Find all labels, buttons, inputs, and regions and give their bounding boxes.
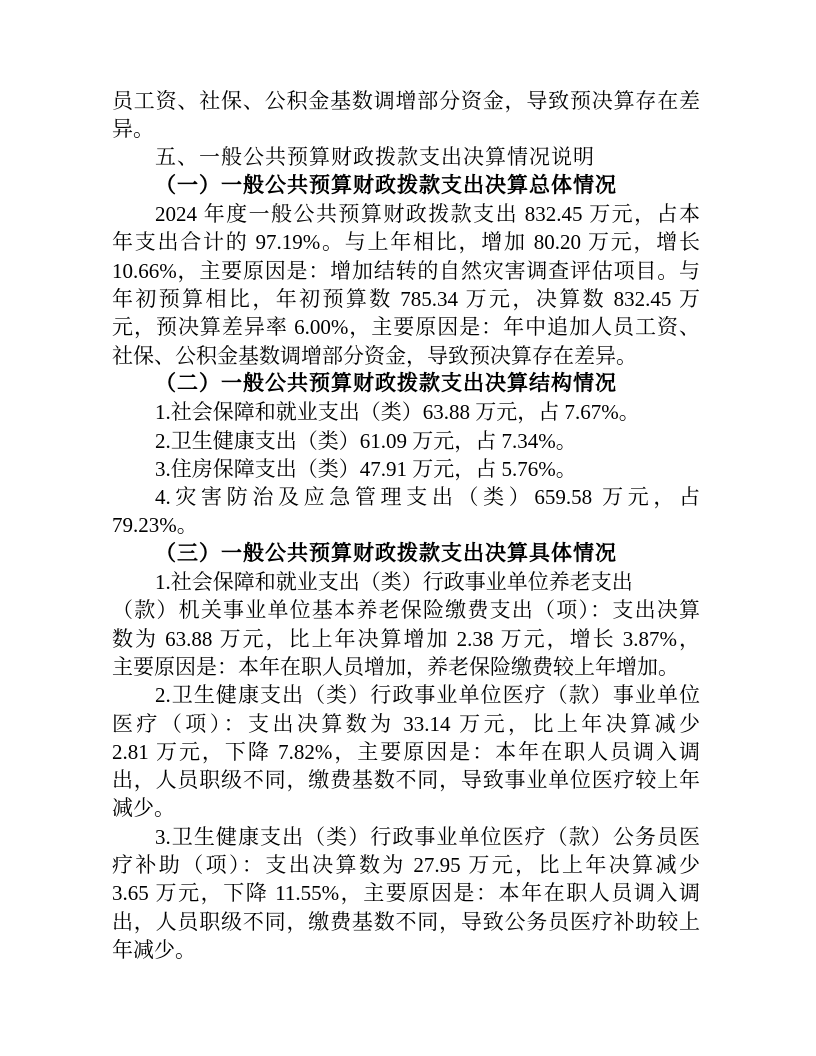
body-line: 出，人员职级不同，缴费基数不同，导致事业单位医疗较上年 [112,766,700,794]
heading-subsection-one: （一）一般公共预算财政拨款支出决算总体情况 [112,172,700,200]
list-item-social-security: 1.社会保障和就业支出（类）63.88 万元，占 7.67%。 [112,398,700,426]
list-item-disaster: 4.灾害防治及应急管理支出（类）659.58 万元，占 [112,483,700,511]
body-line: 年初预算相比，年初预算数 785.34 万元，决算数 832.45 万 [112,285,700,313]
body-line: （款）机关事业单位基本养老保险缴费支出（项）：支出决算 [112,596,700,624]
body-line: 社保、公积金基数调增部分资金，导致预决算存在差异。 [112,342,700,370]
heading-section-five: 五、一般公共预算财政拨款支出决算情况说明 [112,144,700,172]
list-item-disaster-cont: 79.23%。 [112,511,700,539]
body-line: 医疗（项）：支出决算数为 33.14 万元，比上年决算减少 [112,710,700,738]
body-line: 主要原因是：本年在职人员增加，养老保险缴费较上年增加。 [112,653,700,681]
body-line: 2024 年度一般公共预算财政拨款支出 832.45 万元，占本 [112,200,700,228]
body-line: 疗补助（项）：支出决算数为 27.95 万元，比上年决算减少 [112,851,700,879]
body-line: 3.65 万元，下降 11.55%，主要原因是：本年在职人员调入调 [112,879,700,907]
list-item-health: 2.卫生健康支出（类）61.09 万元，占 7.34%。 [112,427,700,455]
body-line: 1.社会保障和就业支出（类）行政事业单位养老支出 [112,568,700,596]
body-line: 年减少。 [112,936,700,964]
body-line: 2.81 万元，下降 7.82%，主要原因是：本年在职人员调入调 [112,738,700,766]
body-line: 2.卫生健康支出（类）行政事业单位医疗（款）事业单位 [112,681,700,709]
document-page: 员工资、社保、公积金基数调增部分资金，导致预决算存在差 异。 五、一般公共预算财… [0,0,816,1056]
heading-subsection-two: （二）一般公共预算财政拨款支出决算结构情况 [112,370,700,398]
document-body: 员工资、社保、公积金基数调增部分资金，导致预决算存在差 异。 五、一般公共预算财… [112,87,700,964]
list-item-housing: 3.住房保障支出（类）47.91 万元，占 5.76%。 [112,455,700,483]
body-line: 元，预决算差异率 6.00%，主要原因是：年中追加人员工资、 [112,313,700,341]
heading-subsection-three: （三）一般公共预算财政拨款支出决算具体情况 [112,540,700,568]
body-line: 10.66%，主要原因是：增加结转的自然灾害调查评估项目。与 [112,257,700,285]
body-line: 减少。 [112,794,700,822]
body-line: 3.卫生健康支出（类）行政事业单位医疗（款）公务员医 [112,823,700,851]
body-line: 年支出合计的 97.19%。与上年相比，增加 80.20 万元，增长 [112,228,700,256]
body-line: 出，人员职级不同，缴费基数不同，导致公务员医疗补助较上 [112,908,700,936]
body-line: 数为 63.88 万元，比上年决算增加 2.38 万元，增长 3.87%， [112,625,700,653]
para-continued-line: 员工资、社保、公积金基数调增部分资金，导致预决算存在差 [112,87,700,115]
para-continued-line: 异。 [112,115,700,143]
